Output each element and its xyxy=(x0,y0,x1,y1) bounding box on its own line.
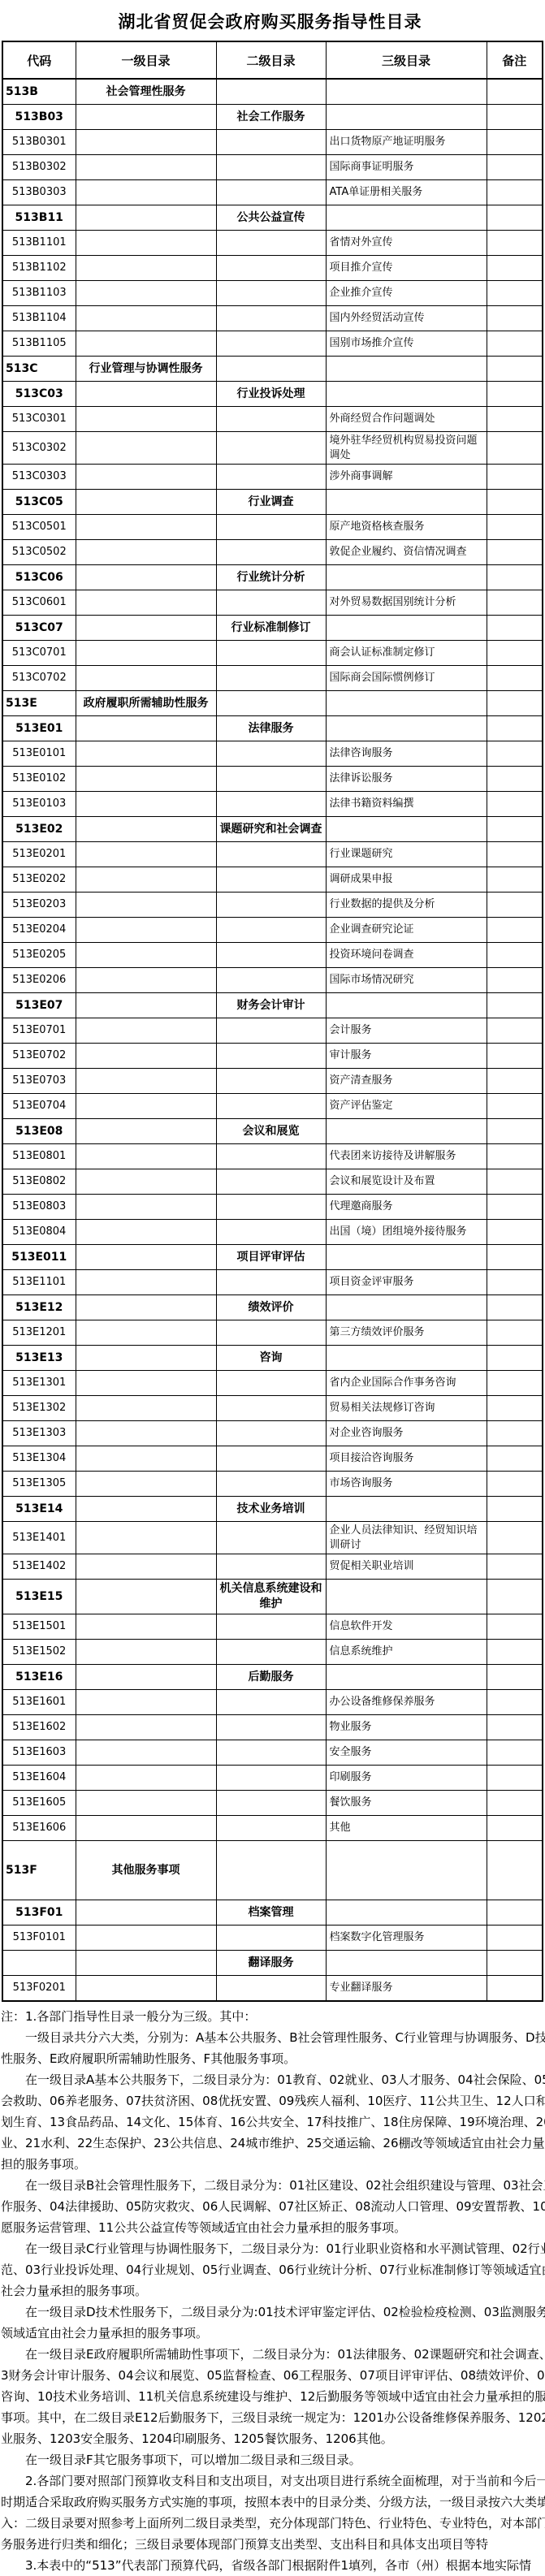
level3-cell xyxy=(326,716,487,741)
table-row: 513E1304项目接洽咨询服务 xyxy=(2,1446,543,1472)
level1-cell xyxy=(76,616,216,641)
code-cell: 513E0206 xyxy=(2,968,76,993)
table-row: 513C0501原产地资格核查服务 xyxy=(2,515,543,540)
level2-cell: 咨询 xyxy=(216,1346,326,1371)
code-cell: 513E1305 xyxy=(2,1472,76,1497)
level3-cell: 信息软件开发 xyxy=(326,1614,487,1639)
level1-cell xyxy=(76,1346,216,1371)
note-paragraph: 在一级目录A基本公共服务下，二级目录分为：01教育、02就业、03人才服务、04… xyxy=(1,2069,545,2175)
code-cell: 513E13 xyxy=(2,1346,76,1371)
level1-cell xyxy=(76,155,216,180)
level1-cell xyxy=(76,1740,216,1765)
remarks-cell xyxy=(487,105,543,130)
level3-cell: 安全服务 xyxy=(326,1740,487,1765)
remarks-cell xyxy=(487,1421,543,1446)
remarks-cell xyxy=(487,1614,543,1639)
level2-cell xyxy=(216,1421,326,1446)
code-cell: 513E1605 xyxy=(2,1790,76,1815)
level1-cell xyxy=(76,515,216,540)
code-cell: 513E0202 xyxy=(2,867,76,893)
remarks-cell xyxy=(487,256,543,281)
remarks-cell xyxy=(487,1396,543,1421)
code-cell: 513E0701 xyxy=(2,1018,76,1044)
table-row: 513E0201行业课题研究 xyxy=(2,842,543,867)
remarks-cell xyxy=(487,540,543,565)
code-cell: 513E1304 xyxy=(2,1446,76,1472)
table-row: 513E011项目评审评估 xyxy=(2,1245,543,1270)
code-cell: 513B1101 xyxy=(2,231,76,256)
code-cell: 513B03 xyxy=(2,105,76,130)
remarks-cell xyxy=(487,1840,543,1900)
code-cell: 513B11 xyxy=(2,205,76,231)
level1-cell xyxy=(76,1639,216,1664)
code-cell: 513C0702 xyxy=(2,666,76,691)
remarks-cell xyxy=(487,1714,543,1740)
code-cell: 513C0303 xyxy=(2,465,76,490)
table-row: 513B0303ATA单证册相关服务 xyxy=(2,180,543,205)
level3-cell: 国际商事证明服务 xyxy=(326,155,487,180)
code-cell: 513E0703 xyxy=(2,1069,76,1094)
code-cell: 513E0801 xyxy=(2,1144,76,1169)
level2-cell xyxy=(216,1018,326,1044)
code-cell: 513E02 xyxy=(2,817,76,842)
table-row: 513B11公共公益宣传 xyxy=(2,205,543,231)
remarks-cell xyxy=(487,1580,543,1614)
table-row: 513E1603安全服务 xyxy=(2,1740,543,1765)
level3-cell: 企业推介宣传 xyxy=(326,281,487,306)
level2-cell xyxy=(216,231,326,256)
level2-cell: 档案管理 xyxy=(216,1900,326,1925)
level2-cell xyxy=(216,968,326,993)
level1-cell xyxy=(76,281,216,306)
remarks-cell xyxy=(487,741,543,767)
level1-cell: 政府履职所需辅助性服务 xyxy=(76,691,216,716)
level3-cell xyxy=(326,1900,487,1925)
level2-cell xyxy=(216,130,326,155)
level2-cell: 法律服务 xyxy=(216,716,326,741)
level3-cell: ATA单证册相关服务 xyxy=(326,180,487,205)
table-row: 513E12绩效评价 xyxy=(2,1295,543,1320)
table-row: 513E1301省内企业国际合作事务咨询 xyxy=(2,1371,543,1396)
code-cell: 513B0303 xyxy=(2,180,76,205)
level2-cell xyxy=(216,1815,326,1840)
code-cell: 513E1401 xyxy=(2,1522,76,1554)
level2-cell xyxy=(216,1270,326,1295)
level1-cell xyxy=(76,180,216,205)
table-row: 513C06行业统计分析 xyxy=(2,565,543,590)
level1-cell xyxy=(76,565,216,590)
level3-cell: 印刷服务 xyxy=(326,1765,487,1790)
level3-cell: 企业人员法律知识、经贸知识培训研讨 xyxy=(326,1522,487,1554)
level3-cell xyxy=(326,1664,487,1689)
remarks-cell xyxy=(487,1144,543,1169)
level2-cell xyxy=(216,1320,326,1346)
directory-table-body: 513B社会管理性服务513B03社会工作服务513B0301出口货物原产地证明… xyxy=(2,79,543,2001)
code-cell: 513E0802 xyxy=(2,1169,76,1195)
level3-cell xyxy=(326,616,487,641)
table-row: 513E政府履职所需辅助性服务 xyxy=(2,691,543,716)
code-cell: 513F01 xyxy=(2,1900,76,1925)
level2-cell: 技术业务培训 xyxy=(216,1497,326,1522)
remarks-cell xyxy=(487,180,543,205)
remarks-cell xyxy=(487,1497,543,1522)
remarks-cell xyxy=(487,968,543,993)
level3-cell xyxy=(326,105,487,130)
table-row: 513E07财务会计审计 xyxy=(2,993,543,1018)
level3-cell: 投资环境问卷调查 xyxy=(326,943,487,968)
code-cell: 513E0704 xyxy=(2,1094,76,1119)
level3-cell: 法律咨询服务 xyxy=(326,741,487,767)
level2-cell xyxy=(216,1554,326,1580)
level2-cell: 行业调查 xyxy=(216,490,326,515)
table-row: 513E1201第三方绩效评价服务 xyxy=(2,1320,543,1346)
level2-cell xyxy=(216,155,326,180)
column-header: 一级目录 xyxy=(76,41,216,79)
code-cell: 513C xyxy=(2,357,76,382)
table-row: 513B0301出口货物原产地证明服务 xyxy=(2,130,543,155)
level3-cell: 信息系统维护 xyxy=(326,1639,487,1664)
level1-cell xyxy=(76,465,216,490)
code-cell: 513E1302 xyxy=(2,1396,76,1421)
code-cell: 513C06 xyxy=(2,565,76,590)
remarks-cell xyxy=(487,1371,543,1396)
level3-cell: 国际商会国际惯例修订 xyxy=(326,666,487,691)
level3-cell xyxy=(326,357,487,382)
level1-cell xyxy=(76,1472,216,1497)
code-cell: 513E0103 xyxy=(2,792,76,817)
level1-cell xyxy=(76,1900,216,1925)
code-cell xyxy=(2,1950,76,1975)
remarks-cell xyxy=(487,382,543,407)
remarks-cell xyxy=(487,1815,543,1840)
level1-cell xyxy=(76,256,216,281)
level1-cell xyxy=(76,867,216,893)
level1-cell xyxy=(76,968,216,993)
level3-cell: 专业翻译服务 xyxy=(326,1975,487,2001)
table-row: 513B社会管理性服务 xyxy=(2,79,543,105)
code-cell: 513E07 xyxy=(2,993,76,1018)
table-row: 513C0303涉外商事调解 xyxy=(2,465,543,490)
level2-cell: 绩效评价 xyxy=(216,1295,326,1320)
level2-cell: 会议和展览 xyxy=(216,1119,326,1144)
level3-cell: 项目推介宣传 xyxy=(326,256,487,281)
level1-cell xyxy=(76,1580,216,1614)
level2-cell xyxy=(216,407,326,432)
code-cell: 513E1501 xyxy=(2,1614,76,1639)
remarks-cell xyxy=(487,331,543,357)
level3-cell xyxy=(326,817,487,842)
level2-cell xyxy=(216,1371,326,1396)
level2-cell xyxy=(216,465,326,490)
level1-cell xyxy=(76,1765,216,1790)
level1-cell xyxy=(76,1975,216,2001)
level2-cell: 翻译服务 xyxy=(216,1950,326,1975)
level1-cell xyxy=(76,205,216,231)
code-cell: 513E xyxy=(2,691,76,716)
level1-cell xyxy=(76,1790,216,1815)
note-paragraph: 在一级目录E政府履职所需辅助性事项下，二级目录分为：01法律服务、02课题研究和… xyxy=(1,2344,545,2449)
level1-cell xyxy=(76,842,216,867)
level2-cell xyxy=(216,1094,326,1119)
table-row: 513C0702国际商会国际惯例修订 xyxy=(2,666,543,691)
level1-cell xyxy=(76,1371,216,1396)
level2-cell: 机关信息系统建设和维护 xyxy=(216,1580,326,1614)
level1-cell xyxy=(76,1614,216,1639)
code-cell: 513C0302 xyxy=(2,432,76,465)
table-row: 513E1604印刷服务 xyxy=(2,1765,543,1790)
level3-cell: 外商经贸合作问题调处 xyxy=(326,407,487,432)
note-paragraph: 在一级目录F其它服务事项下，可以增加二级目录和三级目录。 xyxy=(1,2449,545,2470)
remarks-cell xyxy=(487,515,543,540)
remarks-cell xyxy=(487,1195,543,1220)
remarks-cell xyxy=(487,590,543,616)
remarks-cell xyxy=(487,842,543,867)
table-row: 513B1105国别市场推介宣传 xyxy=(2,331,543,357)
note-paragraph: 2.各部门要对照部门预算收支科目和支出项目，对支出项目进行系统全面梳理，对于当前… xyxy=(1,2470,545,2555)
code-cell: 513C0301 xyxy=(2,407,76,432)
code-cell: 513E0102 xyxy=(2,767,76,792)
level1-cell xyxy=(76,1144,216,1169)
level3-cell: 调研成果申报 xyxy=(326,867,487,893)
level1-cell xyxy=(76,490,216,515)
level1-cell xyxy=(76,1396,216,1421)
level3-cell: 境外驻华经贸机构贸易投资问题调处 xyxy=(326,432,487,465)
level3-cell: 商会认证标准制定修订 xyxy=(326,641,487,666)
level2-cell: 财务会计审计 xyxy=(216,993,326,1018)
table-row: 513C0601对外贸易数据国别统计分析 xyxy=(2,590,543,616)
remarks-cell xyxy=(487,1346,543,1371)
level2-cell: 后勤服务 xyxy=(216,1664,326,1689)
level3-cell: 法律书籍资料编撰 xyxy=(326,792,487,817)
level2-cell xyxy=(216,1925,326,1950)
remarks-cell xyxy=(487,1765,543,1790)
table-row: 513E0203行业数据的提供及分析 xyxy=(2,893,543,918)
level1-cell xyxy=(76,918,216,943)
table-row: 513E1302贸易相关法规修订咨询 xyxy=(2,1396,543,1421)
level2-cell xyxy=(216,1614,326,1639)
level2-cell xyxy=(216,256,326,281)
level2-cell xyxy=(216,1840,326,1900)
remarks-cell xyxy=(487,1925,543,1950)
level1-cell xyxy=(76,943,216,968)
notes-section: 注：1.各部门指导性目录一般分为三级。其中：一级目录共分六大类，分别为：A基本公… xyxy=(0,2002,545,2576)
level3-cell xyxy=(326,565,487,590)
code-cell: 513C0701 xyxy=(2,641,76,666)
remarks-cell xyxy=(487,306,543,331)
column-header: 备注 xyxy=(487,41,543,79)
code-cell: 513E0201 xyxy=(2,842,76,867)
table-row: 513E01法律服务 xyxy=(2,716,543,741)
code-cell: 513E0205 xyxy=(2,943,76,968)
level1-cell xyxy=(76,1664,216,1689)
table-row: 513B1102项目推介宣传 xyxy=(2,256,543,281)
level1-cell xyxy=(76,1421,216,1446)
table-row: 513C0301外商经贸合作问题调处 xyxy=(2,407,543,432)
level3-cell xyxy=(326,1245,487,1270)
code-cell: 513E0804 xyxy=(2,1220,76,1245)
level3-cell xyxy=(326,1119,487,1144)
level3-cell: 行业数据的提供及分析 xyxy=(326,893,487,918)
level1-cell xyxy=(76,407,216,432)
remarks-cell xyxy=(487,130,543,155)
column-header: 三级目录 xyxy=(326,41,487,79)
level1-cell: 社会管理性服务 xyxy=(76,79,216,105)
table-row: 513C行业管理与协调性服务 xyxy=(2,357,543,382)
remarks-cell xyxy=(487,1119,543,1144)
remarks-cell xyxy=(487,1018,543,1044)
remarks-cell xyxy=(487,1790,543,1815)
remarks-cell xyxy=(487,1245,543,1270)
level3-cell: 出国（境）团组境外接待服务 xyxy=(326,1220,487,1245)
note-paragraph: 一级目录共分六大类，分别为：A基本公共服务、B社会管理性服务、C行业管理与协调服… xyxy=(1,2027,545,2069)
code-cell: 513E0101 xyxy=(2,741,76,767)
table-row: 513E0206国际市场情况研究 xyxy=(2,968,543,993)
table-row: 513B1103企业推介宣传 xyxy=(2,281,543,306)
level1-cell xyxy=(76,792,216,817)
code-cell: 513C07 xyxy=(2,616,76,641)
level1-cell xyxy=(76,1094,216,1119)
level1-cell xyxy=(76,1018,216,1044)
level2-cell xyxy=(216,357,326,382)
level2-cell xyxy=(216,590,326,616)
table-row: 513E1502信息系统维护 xyxy=(2,1639,543,1664)
remarks-cell xyxy=(487,1639,543,1664)
remarks-cell xyxy=(487,1522,543,1554)
remarks-cell xyxy=(487,666,543,691)
level1-cell: 其他服务事项 xyxy=(76,1840,216,1900)
level2-cell xyxy=(216,540,326,565)
remarks-cell xyxy=(487,1044,543,1069)
level1-cell xyxy=(76,540,216,565)
remarks-cell xyxy=(487,817,543,842)
remarks-cell xyxy=(487,1320,543,1346)
remarks-cell xyxy=(487,716,543,741)
level3-cell xyxy=(326,1580,487,1614)
remarks-cell xyxy=(487,79,543,105)
table-row: 513E0701会计服务 xyxy=(2,1018,543,1044)
table-row: 513C03行业投诉处理 xyxy=(2,382,543,407)
level1-cell xyxy=(76,666,216,691)
table-row: 513E1606其他 xyxy=(2,1815,543,1840)
level1-cell xyxy=(76,1119,216,1144)
level1-cell xyxy=(76,893,216,918)
table-row: 513E0703资产清查服务 xyxy=(2,1069,543,1094)
level2-cell xyxy=(216,1044,326,1069)
level2-cell xyxy=(216,893,326,918)
level3-cell: 第三方绩效评价服务 xyxy=(326,1320,487,1346)
level2-cell xyxy=(216,1169,326,1195)
level2-cell: 社会工作服务 xyxy=(216,105,326,130)
level2-cell xyxy=(216,1069,326,1094)
level1-cell xyxy=(76,306,216,331)
code-cell: 513E1201 xyxy=(2,1320,76,1346)
remarks-cell xyxy=(487,767,543,792)
level3-cell: 法律诉讼服务 xyxy=(326,767,487,792)
column-header: 二级目录 xyxy=(216,41,326,79)
level1-cell xyxy=(76,741,216,767)
code-cell: 513F0201 xyxy=(2,1975,76,2001)
code-cell: 513C03 xyxy=(2,382,76,407)
table-row: 513C05行业调查 xyxy=(2,490,543,515)
level3-cell xyxy=(326,691,487,716)
level3-cell: 国别市场推介宣传 xyxy=(326,331,487,357)
level3-cell: 代理邀商服务 xyxy=(326,1195,487,1220)
remarks-cell xyxy=(487,1446,543,1472)
level1-cell xyxy=(76,231,216,256)
table-row: 513E1401企业人员法律知识、经贸知识培训研讨 xyxy=(2,1522,543,1554)
table-row: 513E1402贸促相关职业培训 xyxy=(2,1554,543,1580)
level1-cell xyxy=(76,382,216,407)
remarks-cell xyxy=(487,1900,543,1925)
level1-cell xyxy=(76,105,216,130)
table-row: 513E16后勤服务 xyxy=(2,1664,543,1689)
table-row: 翻译服务 xyxy=(2,1950,543,1975)
level1-cell xyxy=(76,993,216,1018)
remarks-cell xyxy=(487,565,543,590)
level2-cell xyxy=(216,331,326,357)
level3-cell: 省内企业国际合作事务咨询 xyxy=(326,1371,487,1396)
level3-cell xyxy=(326,1950,487,1975)
level2-cell xyxy=(216,1522,326,1554)
remarks-cell xyxy=(487,893,543,918)
level2-cell xyxy=(216,515,326,540)
level3-cell xyxy=(326,993,487,1018)
level1-cell xyxy=(76,1195,216,1220)
level2-cell xyxy=(216,1144,326,1169)
level2-cell xyxy=(216,432,326,465)
code-cell: 513C05 xyxy=(2,490,76,515)
note-paragraph: 在一级目录C行业管理与协调性服务下，二级目录分为：01行业职业资格和水平测试管理… xyxy=(1,2238,545,2302)
level2-cell xyxy=(216,666,326,691)
code-cell: 513E1402 xyxy=(2,1554,76,1580)
code-cell: 513E08 xyxy=(2,1119,76,1144)
table-row: 513B1101省情对外宣传 xyxy=(2,231,543,256)
table-row: 513E0803代理邀商服务 xyxy=(2,1195,543,1220)
level1-cell xyxy=(76,1925,216,1950)
remarks-cell xyxy=(487,1220,543,1245)
code-cell: 513E0803 xyxy=(2,1195,76,1220)
level2-cell: 行业统计分析 xyxy=(216,565,326,590)
level3-cell: 行业课题研究 xyxy=(326,842,487,867)
code-cell: 513C0601 xyxy=(2,590,76,616)
table-row: 513E1605餐饮服务 xyxy=(2,1790,543,1815)
level2-cell xyxy=(216,792,326,817)
code-cell: 513B1102 xyxy=(2,256,76,281)
level1-cell xyxy=(76,1554,216,1580)
table-row: 513F01档案管理 xyxy=(2,1900,543,1925)
code-cell: 513E14 xyxy=(2,1497,76,1522)
table-row: 513E1602物业服务 xyxy=(2,1714,543,1740)
level2-cell xyxy=(216,1396,326,1421)
table-row: 513B1104国内外经贸活动宣传 xyxy=(2,306,543,331)
header-row: 代码一级目录二级目录三级目录备注 xyxy=(2,41,543,79)
code-cell: 513E1602 xyxy=(2,1714,76,1740)
table-row: 513C07行业标准制修订 xyxy=(2,616,543,641)
level3-cell: 贸促相关职业培训 xyxy=(326,1554,487,1580)
code-cell: 513E0702 xyxy=(2,1044,76,1069)
level2-cell xyxy=(216,767,326,792)
level2-cell: 行业标准制修订 xyxy=(216,616,326,641)
remarks-cell xyxy=(487,432,543,465)
level1-cell xyxy=(76,130,216,155)
remarks-cell xyxy=(487,1740,543,1765)
level1-cell xyxy=(76,1245,216,1270)
remarks-cell xyxy=(487,465,543,490)
level3-cell: 物业服务 xyxy=(326,1714,487,1740)
table-row: 513E0804出国（境）团组境外接待服务 xyxy=(2,1220,543,1245)
code-cell: 513E0203 xyxy=(2,893,76,918)
level1-cell xyxy=(76,1069,216,1094)
